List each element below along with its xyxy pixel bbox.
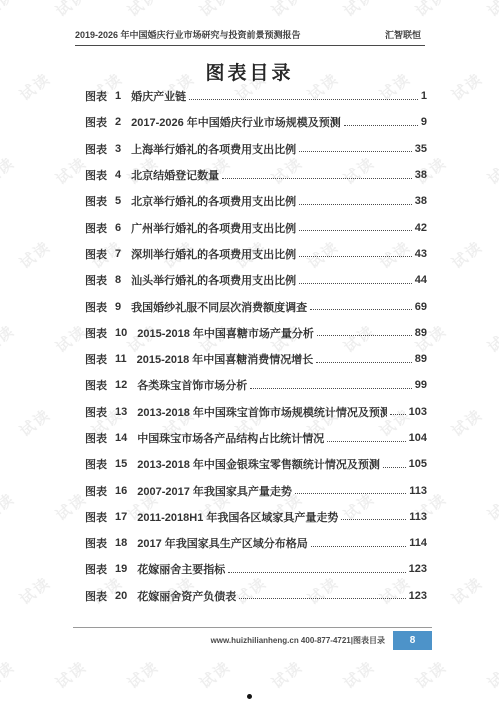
toc-entry-page: 103 (409, 406, 427, 418)
toc-entry-page: 89 (415, 327, 427, 339)
toc-entry-title: 花嫁丽舍资产负债表 (137, 588, 236, 604)
toc-leader-dots (299, 230, 412, 231)
toc-leader-dots (239, 598, 405, 599)
watermark-text: 试读 (0, 152, 19, 189)
toc-entry-page: 9 (421, 116, 427, 128)
toc-entry-title: 2017-2026 年中国婚庆行业市场规模及预测 (131, 114, 341, 130)
toc-entry-page: 123 (409, 590, 427, 602)
toc-entry-title: 上海举行婚礼的各项费用支出比例 (131, 141, 296, 157)
brand-name: 汇智联恒 (385, 28, 421, 41)
toc-entry-page: 38 (415, 169, 427, 181)
toc-entry-page: 89 (415, 353, 427, 365)
toc-entry-page: 1 (421, 90, 427, 102)
toc-entry-number: 10 (115, 327, 127, 339)
toc-leader-dots (390, 414, 405, 415)
toc-entry[interactable]: 图表172011-2018H1 年我国各区域家具产量走势113 (85, 504, 427, 530)
toc-entry-page: 99 (415, 379, 427, 391)
watermark-text: 试读 (15, 404, 55, 441)
toc-entry[interactable]: 图表5北京举行婚礼的各项费用支出比例38 (85, 188, 427, 214)
toc-entry[interactable]: 图表162007-2017 年我国家具产量走势113 (85, 477, 427, 503)
toc-entry-number: 2 (115, 116, 121, 128)
toc-entry-number: 9 (115, 301, 121, 313)
toc-leader-dots (250, 388, 412, 389)
watermark-text: 试读 (15, 236, 55, 273)
toc-entry-number: 6 (115, 222, 121, 234)
toc-entry-title: 2017 年我国家具生产区域分布格局 (137, 535, 308, 551)
watermark-text: 试读 (483, 0, 499, 21)
document-page: 试读试读试读试读试读试读试读试读试读试读试读试读试读试读试读试读试读试读试读试读… (0, 0, 499, 706)
toc-entry-title: 广州举行婚礼的各项费用支出比例 (131, 220, 296, 236)
toc-entry-label: 图表 (85, 114, 107, 130)
toc-entry-label: 图表 (85, 193, 107, 209)
toc-entry-number: 1 (115, 90, 121, 102)
toc-entry-page: 44 (415, 274, 427, 286)
toc-leader-dots (383, 467, 406, 468)
toc-entry-title: 深圳举行婚礼的各项费用支出比例 (131, 246, 296, 262)
watermark-text: 试读 (195, 656, 235, 693)
toc-entry-title: 各类珠宝首饰市场分析 (137, 377, 247, 393)
footer-info: www.huizhilianheng.cn 400-877-4721|图表目录 (211, 635, 385, 646)
toc-entry-title: 2013-2018 年中国珠宝首饰市场规模统计情况及预测 (137, 404, 387, 420)
watermark-text: 试读 (0, 656, 19, 693)
watermark-text: 试读 (0, 0, 19, 21)
toc-entry[interactable]: 图表152013-2018 年中国金银珠宝零售额统计情况及预测105 (85, 451, 427, 477)
toc-entry-number: 12 (115, 379, 127, 391)
toc-entry-number: 11 (115, 353, 127, 365)
watermark-text: 试读 (195, 0, 235, 21)
watermark-text: 试读 (339, 656, 379, 693)
toc-entry-label: 图表 (85, 456, 107, 472)
toc-entry-label: 图表 (85, 299, 107, 315)
toc-leader-dots (228, 572, 405, 573)
watermark-text: 试读 (267, 656, 307, 693)
toc-entry-page: 43 (415, 248, 427, 260)
toc-entry[interactable]: 图表6广州举行婚礼的各项费用支出比例42 (85, 214, 427, 240)
toc-entry-label: 图表 (85, 377, 107, 393)
watermark-text: 试读 (483, 320, 499, 357)
toc-entry-label: 图表 (85, 561, 107, 577)
page-title: 图表目录 (0, 58, 499, 85)
toc-entry-label: 图表 (85, 220, 107, 236)
toc-entry-title: 北京举行婚礼的各项费用支出比例 (131, 193, 296, 209)
page-number-badge: 8 (393, 631, 432, 650)
toc-entry-title: 2011-2018H1 年我国各区域家具产量走势 (137, 509, 338, 525)
page-header: 2019-2026 年中国婚庆行业市场研究与投资前景预测报告 汇智联恒 (75, 28, 425, 46)
toc-entry-page: 114 (409, 537, 427, 549)
watermark-text: 试读 (447, 404, 487, 441)
toc-entry-title: 2015-2018 年中国喜糖消费情况增长 (137, 351, 314, 367)
toc-entry-title: 汕头举行婚礼的各项费用支出比例 (131, 272, 296, 288)
toc-entry-page: 42 (415, 222, 427, 234)
toc-entry-page: 113 (409, 511, 427, 523)
toc-entry-number: 13 (115, 406, 127, 418)
toc-entry-label: 图表 (85, 246, 107, 262)
toc-leader-dots (327, 441, 405, 442)
toc-entry-label: 图表 (85, 404, 107, 420)
toc-entry-number: 15 (115, 458, 127, 470)
watermark-text: 试读 (51, 0, 91, 21)
toc-entry[interactable]: 图表8汕头举行婚礼的各项费用支出比例44 (85, 267, 427, 293)
watermark-text: 试读 (51, 656, 91, 693)
toc-entry-page: 105 (409, 458, 427, 470)
toc-entry-label: 图表 (85, 509, 107, 525)
toc-entry[interactable]: 图表20花嫁丽舍资产负债表123 (85, 583, 427, 609)
toc-entry-title: 2007-2017 年我国家具产量走势 (137, 483, 292, 499)
toc-entry-label: 图表 (85, 535, 107, 551)
toc-entry-title: 2015-2018 年中国喜糖市场产量分析 (137, 325, 314, 341)
watermark-text: 试读 (15, 572, 55, 609)
watermark-text: 试读 (483, 152, 499, 189)
watermark-text: 试读 (123, 656, 163, 693)
toc-entry-page: 113 (409, 485, 427, 497)
toc-entry[interactable]: 图表22017-2026 年中国婚庆行业市场规模及预测9 (85, 109, 427, 135)
toc-entry-number: 7 (115, 248, 121, 260)
watermark-text: 试读 (483, 488, 499, 525)
toc-entry-page: 104 (409, 432, 427, 444)
watermark-text: 试读 (447, 572, 487, 609)
toc-entry-number: 4 (115, 169, 121, 181)
toc-entry-label: 图表 (85, 325, 107, 341)
toc-leader-dots (299, 283, 412, 284)
toc-entry-title: 北京结婚登记数量 (131, 167, 219, 183)
report-title: 2019-2026 年中国婚庆行业市场研究与投资前景预测报告 (75, 28, 301, 41)
toc-entry[interactable]: 图表182017 年我国家具生产区域分布格局114 (85, 530, 427, 556)
watermark-text: 试读 (123, 0, 163, 21)
toc-entry-title: 2013-2018 年中国金银珠宝零售额统计情况及预测 (137, 456, 380, 472)
toc-entry-number: 18 (115, 537, 127, 549)
toc-entry[interactable]: 图表4北京结婚登记数量38 (85, 162, 427, 188)
toc-entry-number: 3 (115, 143, 121, 155)
toc-entry-label: 图表 (85, 483, 107, 499)
toc-entry-title: 我国婚纱礼服不同层次消费额度调查 (131, 299, 307, 315)
toc-entry-page: 35 (415, 143, 427, 155)
watermark-text: 试读 (447, 236, 487, 273)
toc-list: 图表1婚庆产业链1图表22017-2026 年中国婚庆行业市场规模及预测9图表3… (85, 83, 427, 609)
toc-entry-number: 8 (115, 274, 121, 286)
toc-entry[interactable]: 图表14中国珠宝市场各产品结构占比统计情况104 (85, 425, 427, 451)
toc-leader-dots (317, 335, 412, 336)
toc-entry[interactable]: 图表19花嫁丽舍主要指标123 (85, 556, 427, 582)
toc-entry[interactable]: 图表12各类珠宝首饰市场分析99 (85, 372, 427, 398)
toc-entry[interactable]: 图表9我国婚纱礼服不同层次消费额度调查69 (85, 293, 427, 319)
toc-entry-number: 17 (115, 511, 127, 523)
toc-entry-label: 图表 (85, 588, 107, 604)
toc-leader-dots (299, 256, 412, 257)
toc-entry-label: 图表 (85, 272, 107, 288)
page-indicator-dot (247, 694, 252, 699)
toc-entry-page: 38 (415, 195, 427, 207)
toc-entry[interactable]: 图表1婚庆产业链1 (85, 83, 427, 109)
toc-entry-title: 中国珠宝市场各产品结构占比统计情况 (137, 430, 324, 446)
watermark-text: 试读 (339, 0, 379, 21)
toc-entry[interactable]: 图表102015-2018 年中国喜糖市场产量分析89 (85, 320, 427, 346)
toc-leader-dots (341, 519, 406, 520)
toc-entry-label: 图表 (85, 141, 107, 157)
toc-entry-label: 图表 (85, 351, 107, 367)
toc-entry-page: 123 (409, 563, 427, 575)
toc-entry-title: 花嫁丽舍主要指标 (137, 561, 225, 577)
toc-entry-number: 16 (115, 485, 127, 497)
watermark-text: 试读 (483, 656, 499, 693)
toc-entry-title: 婚庆产业链 (131, 88, 186, 104)
toc-entry-label: 图表 (85, 167, 107, 183)
watermark-text: 试读 (267, 0, 307, 21)
toc-leader-dots (316, 362, 411, 363)
toc-leader-dots (299, 151, 412, 152)
toc-entry-number: 5 (115, 195, 121, 207)
toc-entry-label: 图表 (85, 430, 107, 446)
page-footer: www.huizhilianheng.cn 400-877-4721|图表目录 … (73, 627, 432, 650)
toc-entry-page: 69 (415, 301, 427, 313)
toc-leader-dots (189, 99, 418, 100)
toc-entry[interactable]: 图表3上海举行婚礼的各项费用支出比例35 (85, 136, 427, 162)
toc-entry[interactable]: 图表112015-2018 年中国喜糖消费情况增长89 (85, 346, 427, 372)
toc-leader-dots (295, 493, 406, 494)
watermark-text: 试读 (0, 488, 19, 525)
watermark-text: 试读 (0, 320, 19, 357)
toc-leader-dots (311, 546, 406, 547)
toc-entry[interactable]: 图表132013-2018 年中国珠宝首饰市场规模统计情况及预测103 (85, 399, 427, 425)
toc-entry[interactable]: 图表7深圳举行婚礼的各项费用支出比例43 (85, 241, 427, 267)
toc-leader-dots (299, 204, 412, 205)
watermark-text: 试读 (411, 0, 451, 21)
toc-entry-number: 20 (115, 590, 127, 602)
toc-leader-dots (310, 309, 412, 310)
watermark-text: 试读 (411, 656, 451, 693)
toc-entry-number: 14 (115, 432, 127, 444)
toc-leader-dots (344, 125, 418, 126)
toc-entry-label: 图表 (85, 88, 107, 104)
toc-entry-number: 19 (115, 563, 127, 575)
toc-leader-dots (222, 178, 412, 179)
